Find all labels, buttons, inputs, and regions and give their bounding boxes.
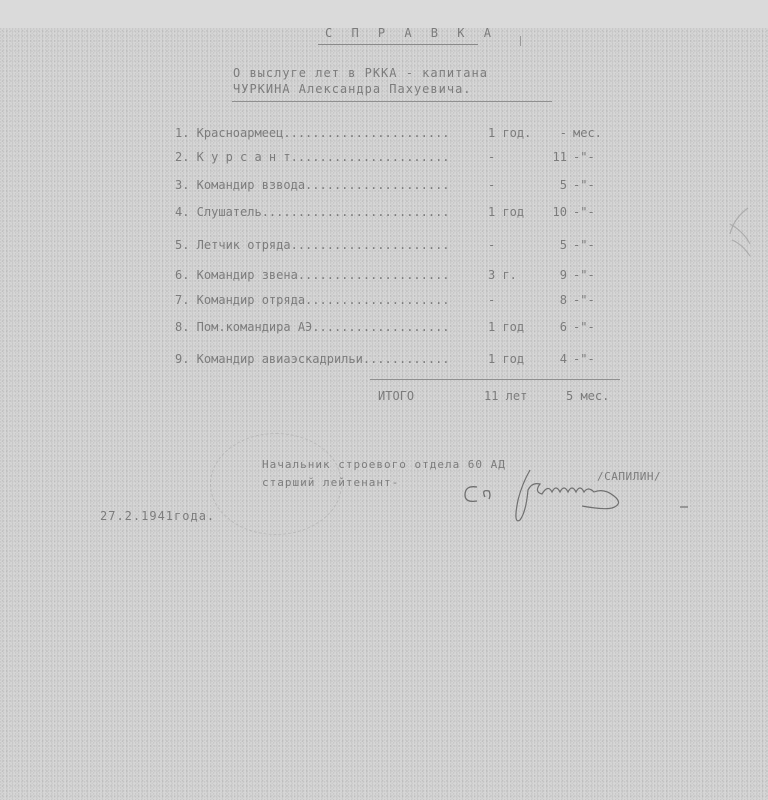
service-position: 5. Летчик отряда......................	[175, 238, 450, 252]
service-unit: -"-	[573, 150, 595, 164]
service-months: 8	[537, 293, 567, 307]
service-position: 4. Слушатель..........................	[175, 205, 450, 219]
service-years: -	[488, 150, 534, 164]
service-months: 10	[537, 205, 567, 219]
service-years: 1 год	[488, 352, 534, 366]
service-years: -	[488, 293, 534, 307]
total-months: 5 мес.	[566, 389, 609, 403]
total-years: 11 лет	[484, 389, 527, 403]
total-separator-line	[370, 379, 620, 380]
service-position: 1. Красноармеец.......................	[175, 126, 450, 140]
service-years: -	[488, 178, 534, 192]
service-unit: -"-	[573, 293, 595, 307]
service-years: 3 г.	[488, 268, 534, 282]
service-years: -	[488, 238, 534, 252]
document-page	[0, 28, 768, 800]
title-underline	[318, 44, 478, 45]
service-months: 4	[537, 352, 567, 366]
service-row: 8. Пом.командира АЭ...................1 …	[175, 320, 615, 336]
service-row: 4. Слушатель..........................1 …	[175, 205, 615, 221]
signatory-rank: старший лейтенант-	[262, 476, 399, 489]
service-months: 6	[537, 320, 567, 334]
service-unit: -"-	[573, 238, 595, 252]
service-unit: мес.	[573, 126, 602, 140]
service-unit: -"-	[573, 352, 595, 366]
handwritten-signature	[455, 465, 695, 535]
service-row: 6. Командир звена.....................3 …	[175, 268, 615, 284]
service-position: 2. К у р с а н т......................	[175, 150, 450, 164]
document-subtitle-line2: ЧУРКИНА Александра Пахуевича.	[233, 82, 472, 96]
service-unit: -"-	[573, 320, 595, 334]
service-position: 6. Командир звена.....................	[175, 268, 450, 282]
service-months: 5	[537, 178, 567, 192]
margin-tick-mark	[520, 36, 521, 46]
total-label: ИТОГО	[378, 389, 414, 403]
service-unit: -"-	[573, 178, 595, 192]
service-months: -	[537, 126, 567, 140]
scan-top-margin	[0, 0, 768, 28]
service-months: 9	[537, 268, 567, 282]
service-row: 3. Командир взвода....................-5…	[175, 178, 615, 194]
service-unit: -"-	[573, 205, 595, 219]
service-years: 1 год	[488, 320, 534, 334]
document-subtitle-line1: О выслуге лет в РККА - капитана	[233, 66, 488, 80]
service-years: 1 год	[488, 205, 534, 219]
service-row: 9. Командир авиаэскадрильи............1 …	[175, 352, 615, 368]
document-title: С П Р А В К А	[325, 26, 497, 40]
service-position: 8. Пом.командира АЭ...................	[175, 320, 450, 334]
service-months: 5	[537, 238, 567, 252]
subtitle-underline	[232, 101, 552, 102]
document-date: 27.2.1941года.	[100, 509, 215, 523]
service-position: 3. Командир взвода....................	[175, 178, 450, 192]
service-position: 7. Командир отряда....................	[175, 293, 450, 307]
service-row: 7. Командир отряда....................-8…	[175, 293, 615, 309]
service-unit: -"-	[573, 268, 595, 282]
service-row: 2. К у р с а н т......................-1…	[175, 150, 615, 166]
service-months: 11	[537, 150, 567, 164]
service-years: 1 год.	[488, 126, 534, 140]
faded-margin-scribble	[718, 200, 766, 270]
service-position: 9. Командир авиаэскадрильи............	[175, 352, 450, 366]
service-row: 5. Летчик отряда......................-5…	[175, 238, 615, 254]
service-row: 1. Красноармеец.......................1 …	[175, 126, 615, 142]
